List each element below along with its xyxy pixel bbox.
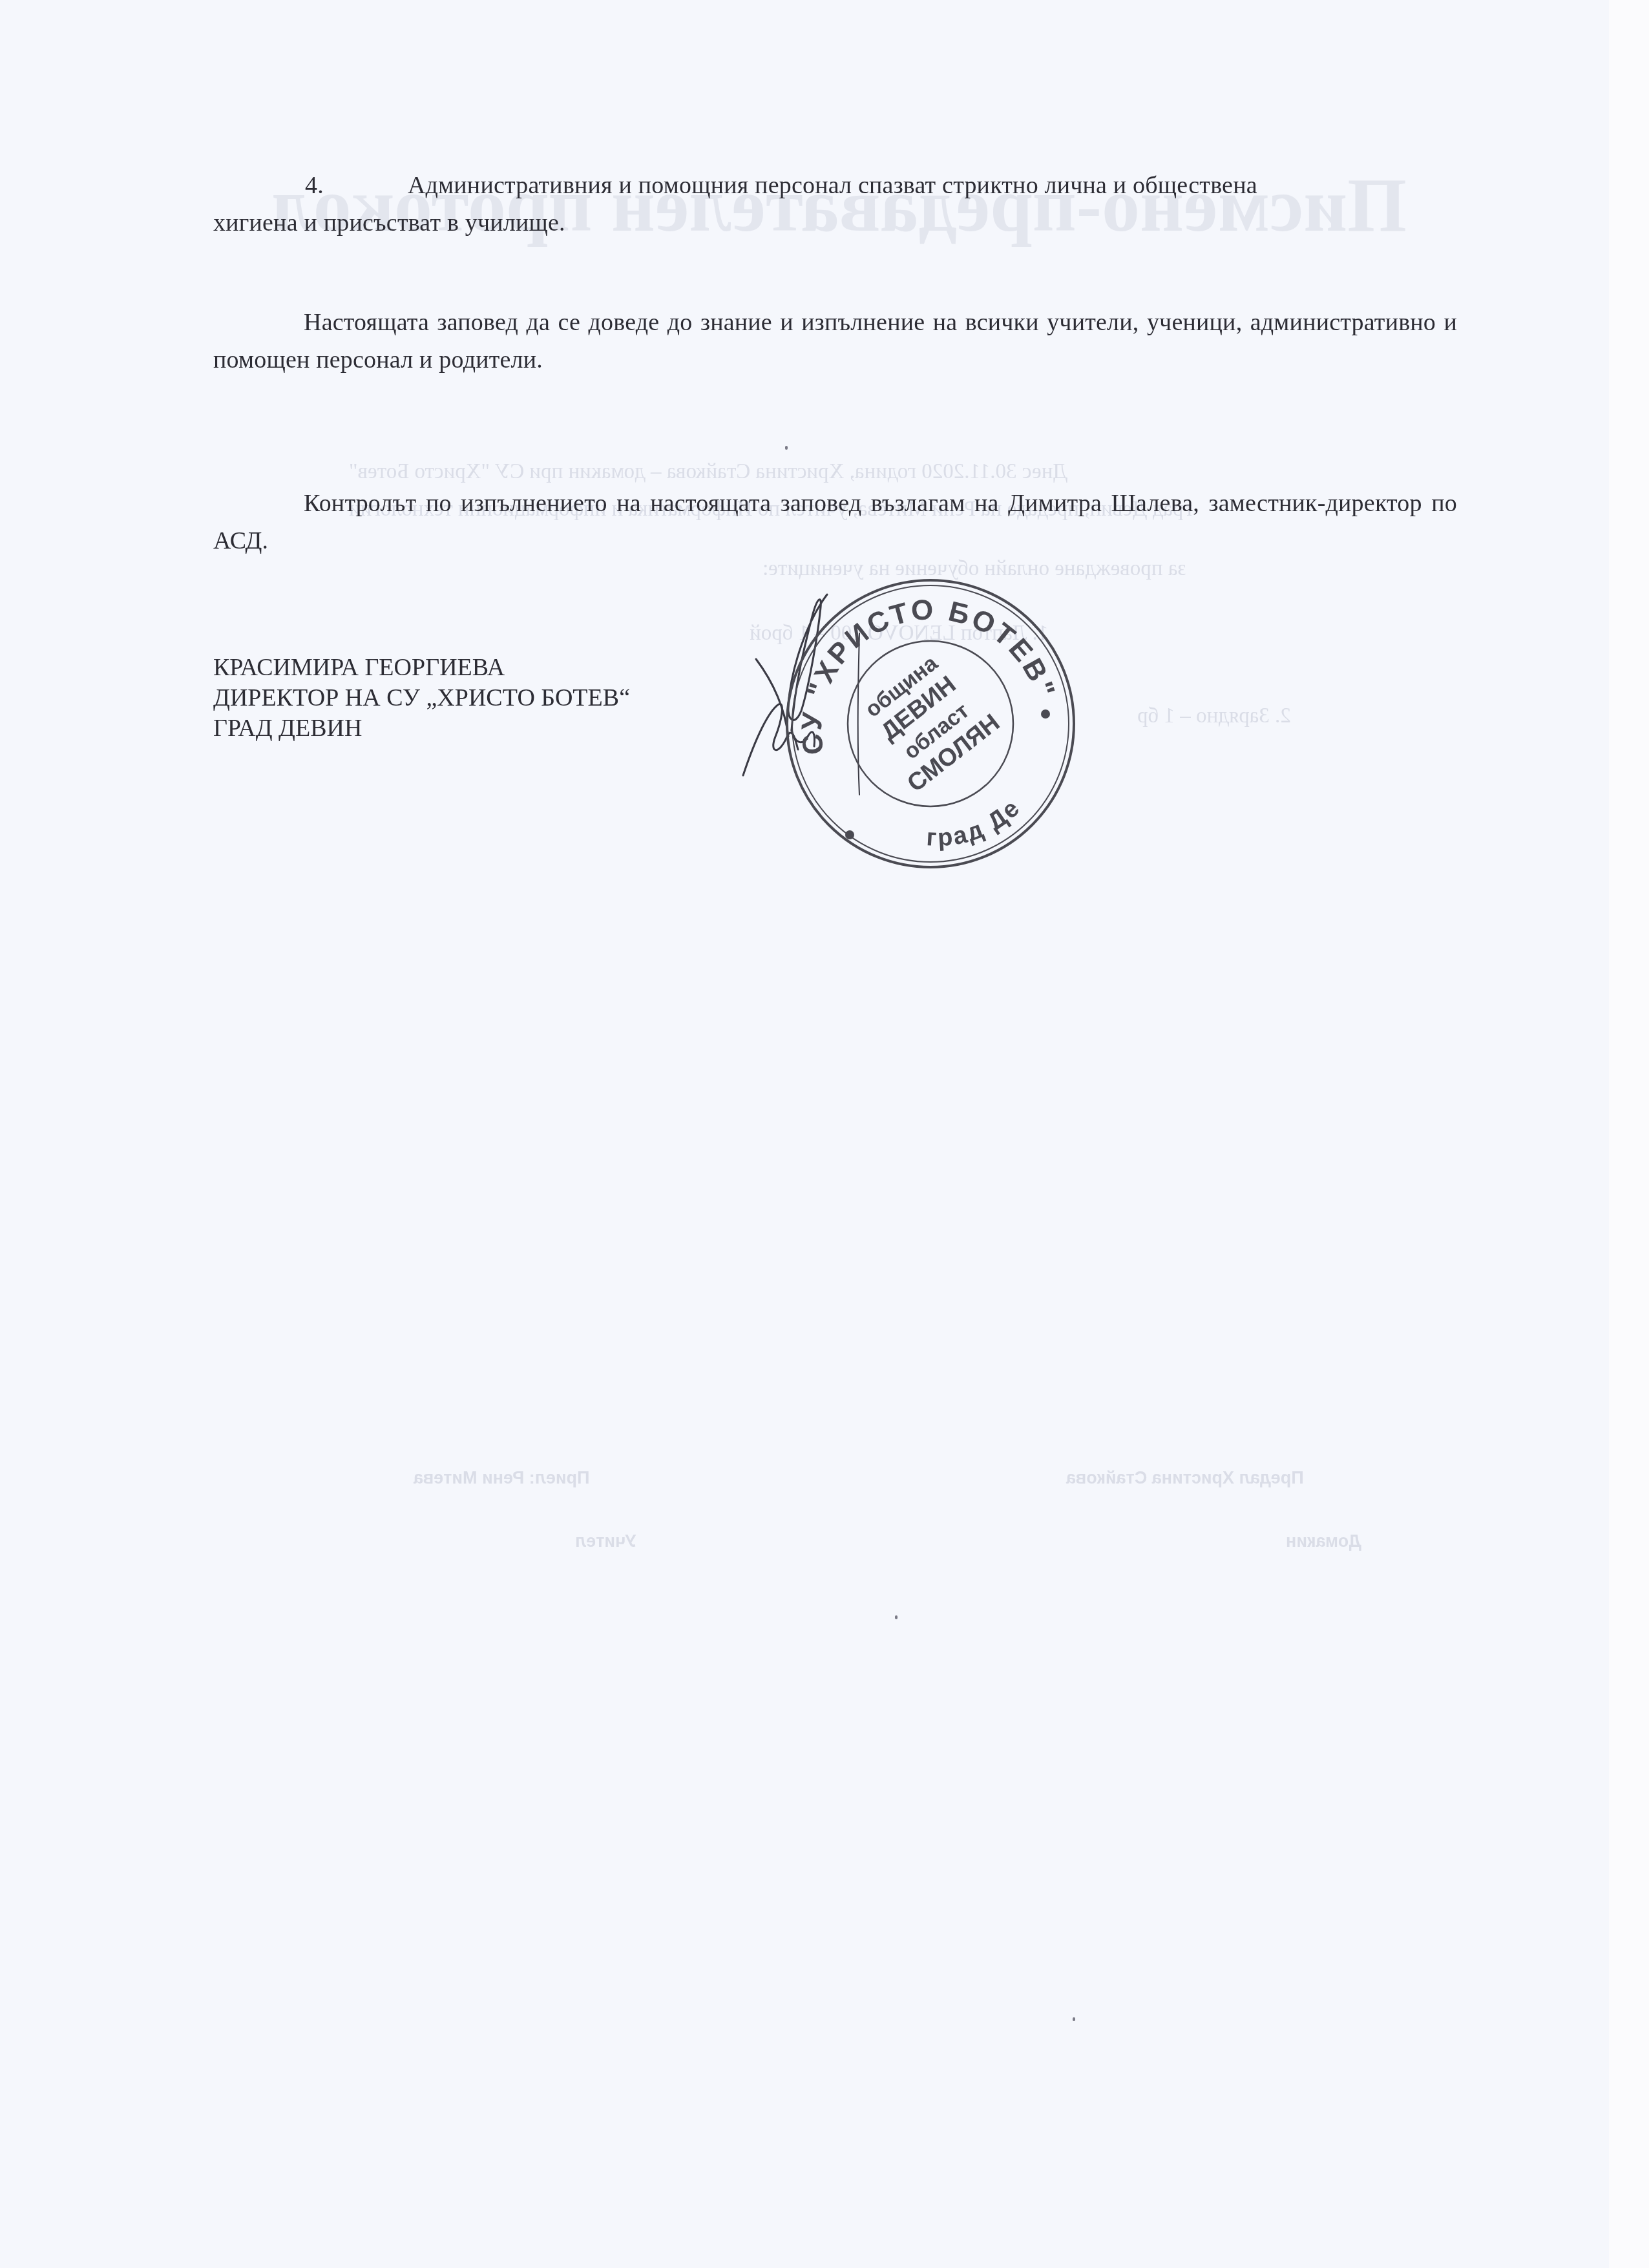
bleed-through-received-by-role: Учител <box>575 1531 636 1551</box>
paragraph-text-line1: Административния и помощния персонал спа… <box>408 172 1257 199</box>
paragraph-notice: Настоящата заповед да се доведе до знани… <box>213 304 1457 379</box>
paragraph-item-4: 4.Административния и помощния персонал с… <box>213 167 1457 242</box>
official-stamp: СУ "ХРИСТО БОТЕВ" град Девин община ДЕВИ… <box>775 569 1086 879</box>
document-page: Писмено-предавателен протокол Днес 30.11… <box>0 0 1649 2268</box>
bleed-through-received-by: Приел: Рени Митева <box>414 1468 590 1488</box>
bleed-through-handed-by: Предал Христина Стайкова <box>1066 1468 1304 1488</box>
bleed-through-line: Днес 30.11.2020 година, Христина Стайков… <box>349 460 1067 484</box>
scan-speck <box>785 446 788 450</box>
bleed-through-line: 2. Зарядно – 1 бр <box>1137 704 1291 728</box>
stamp-star-left <box>845 830 854 839</box>
paragraph-control: Контролът по изпълнението на настоящата … <box>213 485 1457 560</box>
stamp-star-right <box>1041 709 1050 719</box>
paragraph-text-line2: хигиена и присъстват в училище. <box>213 209 565 236</box>
scan-speck <box>1073 2017 1075 2021</box>
scan-speck <box>895 1615 898 1619</box>
item-number: 4. <box>305 172 324 199</box>
signatory-city: ГРАД ДЕВИН <box>213 713 630 744</box>
signatory-block: КРАСИМИРА ГЕОРГИЕВА ДИРЕКТОР НА СУ „ХРИС… <box>213 653 630 744</box>
paragraph-text: Настоящата заповед да се доведе до знани… <box>213 309 1457 373</box>
bleed-through-handed-by-role: Домакин <box>1286 1531 1361 1551</box>
paragraph-text: Контролът по изпълнението на настоящата … <box>213 490 1457 554</box>
signatory-position: ДИРЕКТОР НА СУ „ХРИСТО БОТЕВ“ <box>213 683 630 713</box>
signatory-name: КРАСИМИРА ГЕОРГИЕВА <box>213 653 630 683</box>
